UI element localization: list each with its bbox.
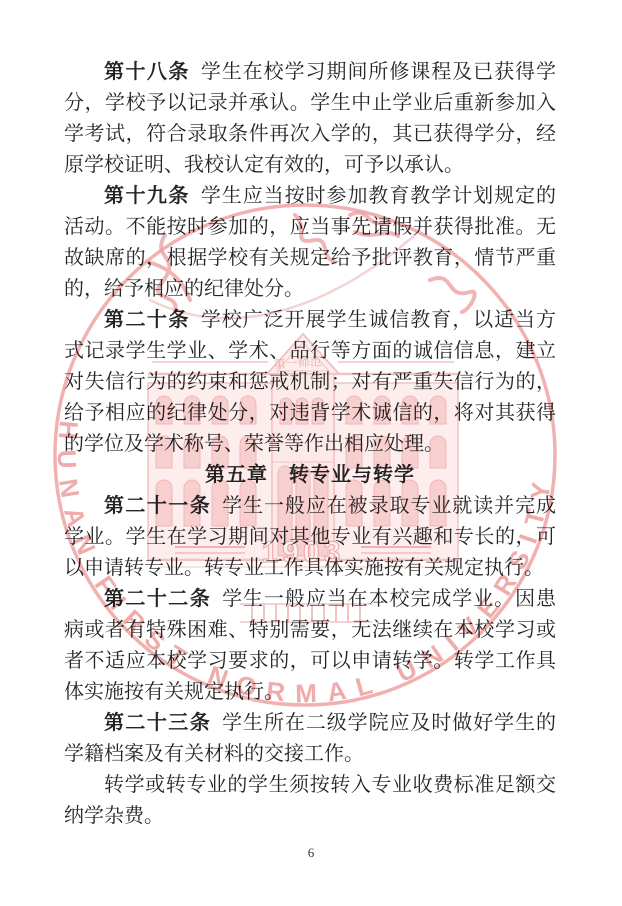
article-number: 第二十条	[104, 309, 190, 331]
article-number: 第二十一条	[104, 495, 211, 517]
closing-paragraph: 转学或转专业的学生须按转入专业收费标准足额交纳学杂费。	[64, 770, 556, 832]
article-paragraph: 第二十二条学生一般应当在本校完成学业。因患病或者有特殊困难、特别需要，无法继续在…	[64, 584, 556, 708]
page-number: 6	[0, 845, 622, 861]
article-paragraph: 第二十条学校广泛开展学生诚信教育，以适当方式记录学生学业、学术、品行等方面的诚信…	[64, 305, 556, 460]
article-number: 第二十三条	[104, 712, 211, 734]
chapter-heading: 第五章 转专业与转学	[64, 460, 556, 491]
article-paragraph: 第二十一条学生一般应在被录取专业就读并完成学业。学生在学习期间对其他专业有兴趣和…	[64, 491, 556, 584]
document-body: 第十八条学生在校学习期间所修课程及已获得学分，学校予以记录并承认。学生中止学业后…	[64, 57, 556, 832]
article-paragraph: 第二十三条学生所在二级学院应及时做好学生的学籍档案及有关材料的交接工作。	[64, 708, 556, 770]
document-page: 第十八条学生在校学习期间所修课程及已获得学分，学校予以记录并承认。学生中止学业后…	[0, 0, 622, 906]
article-number: 第十八条	[104, 61, 190, 83]
article-number: 第二十二条	[104, 588, 211, 610]
article-paragraph: 第十八条学生在校学习期间所修课程及已获得学分，学校予以记录并承认。学生中止学业后…	[64, 57, 556, 181]
article-number: 第十九条	[104, 185, 190, 207]
article-paragraph: 第十九条学生应当按时参加教育教学计划规定的活动。不能按时参加的，应当事先请假并获…	[64, 181, 556, 305]
